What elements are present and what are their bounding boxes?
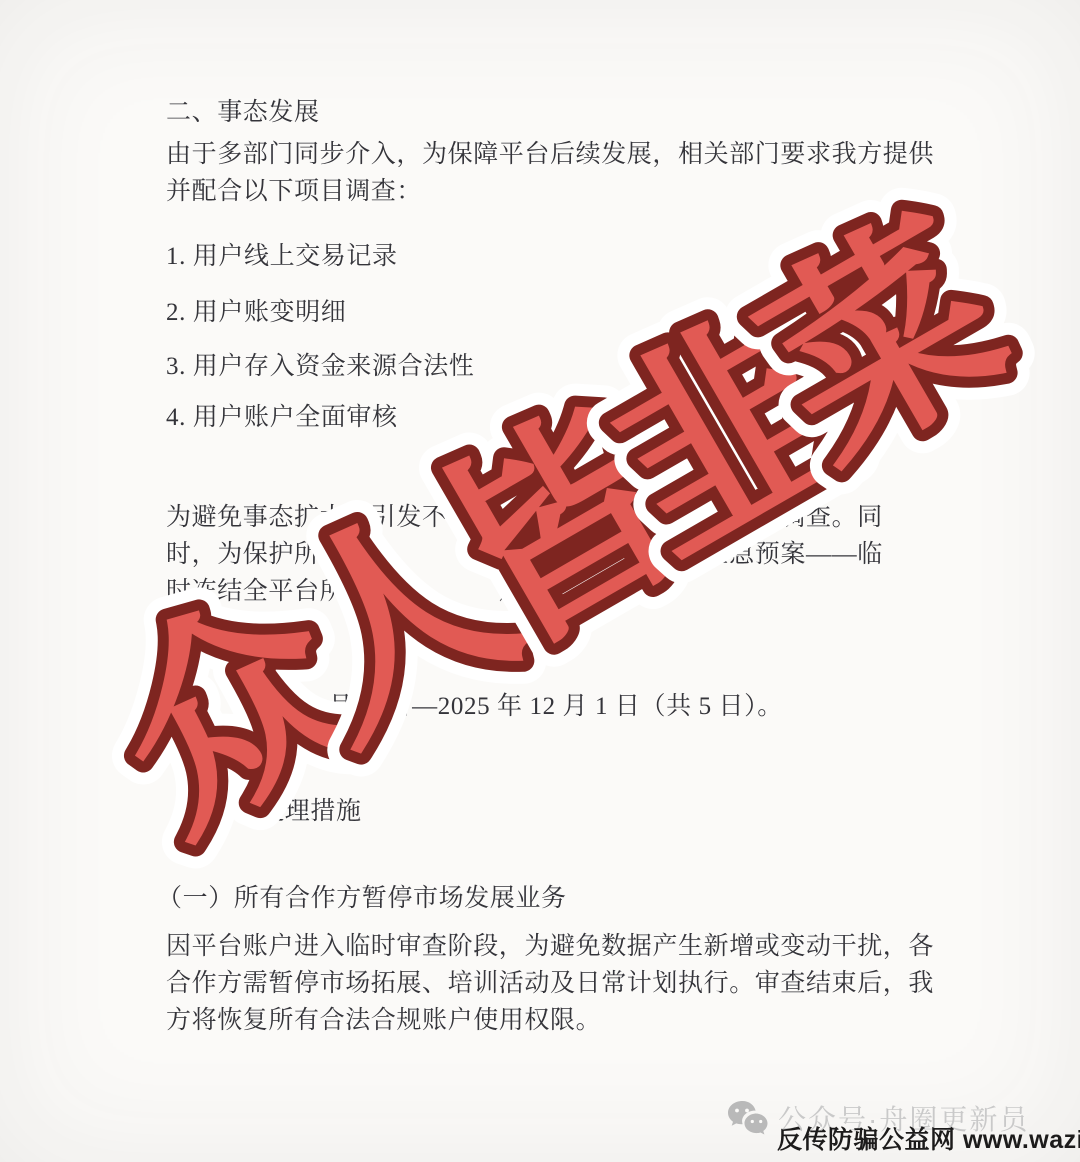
document-page: 二、事态发展 由于多部门同步介入，为保障平台后续发展，相关部门要求我方提供 并配… — [0, 0, 1080, 1162]
wechat-icon — [726, 1100, 770, 1138]
anti-scam-site-watermark: 反传防骗公益网 www.wazi.cc — [777, 1120, 1080, 1156]
footer-watermarks: 公众号·舟圈更新员 反传防骗公益网 www.wazi.cc — [0, 0, 1080, 1162]
